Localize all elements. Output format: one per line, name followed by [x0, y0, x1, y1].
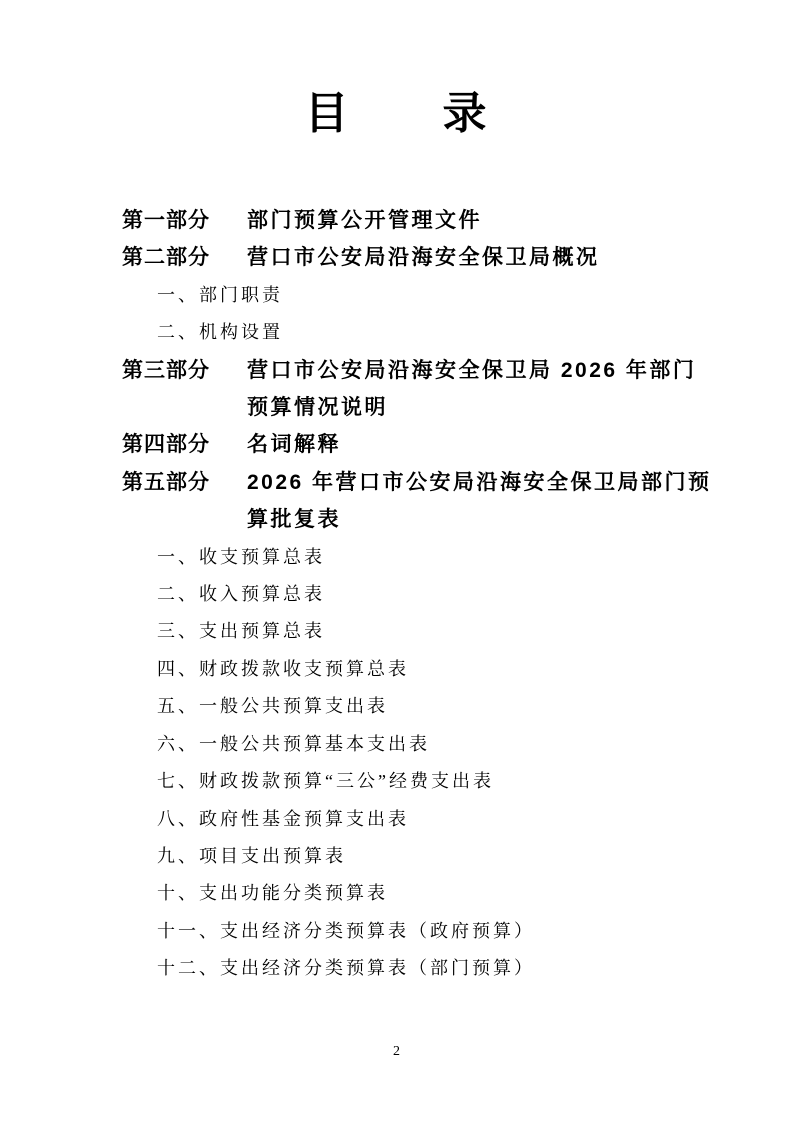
toc-item: 七、财政拨款预算“三公”经费支出表: [157, 763, 737, 800]
toc-item-text: 三、支出预算总表: [157, 621, 325, 641]
toc-item: 六、一般公共预算基本支出表: [157, 726, 737, 763]
toc-item-text: 十、支出功能分类预算表: [157, 883, 388, 903]
toc-part-5: 第五部分 2026 年营口市公安局沿海安全保卫局部门预算批复表: [122, 464, 737, 539]
toc-item: 十一、支出经济分类预算表（政府预算）: [157, 913, 737, 950]
toc-item: 九、项目支出预算表: [157, 838, 737, 875]
document-page: 目 录 第一部分 部门预算公开管理文件 第二部分 营口市公安局沿海安全保卫局概况…: [0, 88, 793, 988]
page-footer: 2: [0, 1044, 793, 1060]
part-label: 第三部分: [122, 352, 247, 427]
part-title-line1: 部门预算公开管理文件: [247, 209, 482, 232]
toc-subitem: 二、机构设置: [157, 314, 737, 351]
part-label: 第四部分: [122, 426, 247, 463]
toc-item-text: 二、收入预算总表: [157, 584, 325, 604]
part-title-line1: 2026 年营口市公安局沿海安全保卫局部门预: [247, 471, 712, 494]
toc-item: 四、财政拨款收支预算总表: [157, 651, 737, 688]
part-label: 第五部分: [122, 464, 247, 539]
toc-item-text: 八、政府性基金预算支出表: [157, 809, 409, 829]
toc-item-text: 四、财政拨款收支预算总表: [157, 659, 409, 679]
part-title-line1: 营口市公安局沿海安全保卫局概况: [247, 246, 600, 269]
toc-item-text: 五、一般公共预算支出表: [157, 696, 388, 716]
page-title: 目 录: [0, 88, 793, 140]
toc-item: 五、一般公共预算支出表: [157, 688, 737, 725]
toc-item-text: 十二、支出经济分类预算表（部门预算）: [157, 958, 535, 978]
toc-item: 三、支出预算总表: [157, 613, 737, 650]
toc-item: 一、收支预算总表: [157, 539, 737, 576]
toc-item-text: 一、收支预算总表: [157, 547, 325, 567]
toc-part-4: 第四部分 名词解释: [122, 426, 737, 463]
part-title: 2026 年营口市公安局沿海安全保卫局部门预算批复表: [247, 464, 737, 539]
toc-item: 八、政府性基金预算支出表: [157, 801, 737, 838]
toc-part-2: 第二部分 营口市公安局沿海安全保卫局概况: [122, 239, 737, 276]
part-title-line1: 名词解释: [247, 433, 341, 456]
part-title: 营口市公安局沿海安全保卫局概况: [247, 239, 737, 276]
part-title: 营口市公安局沿海安全保卫局 2026 年部门预算情况说明: [247, 352, 737, 427]
toc-item: 十、支出功能分类预算表: [157, 875, 737, 912]
part-title: 名词解释: [247, 426, 737, 463]
toc-subitem-text: 二、机构设置: [157, 322, 283, 342]
toc-subitem: 一、部门职责: [157, 277, 737, 314]
table-of-contents: 第一部分 部门预算公开管理文件 第二部分 营口市公安局沿海安全保卫局概况 一、部…: [0, 202, 793, 988]
part-label: 第二部分: [122, 239, 247, 276]
toc-item: 二、收入预算总表: [157, 576, 737, 613]
page-number: 2: [393, 1044, 400, 1059]
part-label: 第一部分: [122, 202, 247, 239]
toc-item-text: 七、财政拨款预算“三公”经费支出表: [157, 771, 494, 791]
part-title-line2: 算批复表: [247, 501, 737, 538]
toc-part-1: 第一部分 部门预算公开管理文件: [122, 202, 737, 239]
toc-part-3: 第三部分 营口市公安局沿海安全保卫局 2026 年部门预算情况说明: [122, 352, 737, 427]
toc-item-text: 十一、支出经济分类预算表（政府预算）: [157, 921, 535, 941]
part-title-line1: 营口市公安局沿海安全保卫局 2026 年部门: [247, 359, 696, 382]
toc-item-text: 九、项目支出预算表: [157, 846, 346, 866]
toc-item-text: 六、一般公共预算基本支出表: [157, 734, 430, 754]
part-title: 部门预算公开管理文件: [247, 202, 737, 239]
part-title-line2: 预算情况说明: [247, 389, 737, 426]
toc-subitem-text: 一、部门职责: [157, 285, 283, 305]
toc-item: 十二、支出经济分类预算表（部门预算）: [157, 950, 737, 987]
